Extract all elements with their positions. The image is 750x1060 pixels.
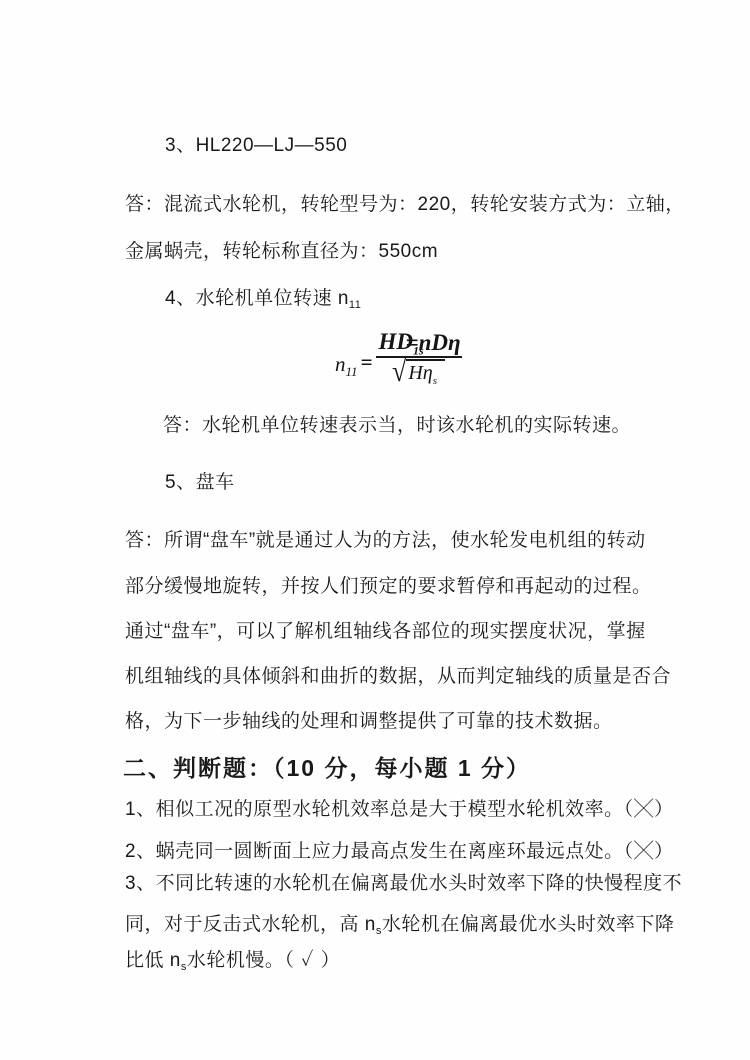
q4-answer: 答：水轮机单位转速表示当，时该水轮机的实际转速。 bbox=[163, 415, 631, 438]
tf-item-1: 1、相似工况的原型水轮机效率总是大于模型水轮机效率。（╳） bbox=[125, 799, 674, 822]
formula-fraction: HD1s =nDη √ Hηs bbox=[376, 329, 462, 385]
formula-numerator-overlap: =nDη bbox=[406, 330, 461, 356]
tf-item-1-mark: （╳） bbox=[624, 799, 675, 820]
tf-item-1-text: 1、相似工况的原型水轮机效率总是大于模型水轮机效率。 bbox=[125, 799, 624, 820]
formula-lhs-subscript: 11 bbox=[346, 364, 358, 379]
q3-answer-line-2: 金属蜗壳，转轮标称直径为：550cm bbox=[125, 241, 438, 264]
tf-item-3-line-2: 同，对于反击式水轮机，高 ns水轮机在偏离最优水头时效率下降 bbox=[125, 914, 674, 937]
unit-speed-formula: n11 = HD1s =nDη √ Hηs bbox=[335, 329, 462, 385]
q3-answer-line-1: 答：混流式水轮机，转轮型号为：220，转轮安装方式为：立轴， bbox=[125, 194, 685, 217]
formula-equals: = bbox=[358, 350, 376, 385]
tf-item-2-mark: （╳） bbox=[624, 841, 675, 862]
q4-heading: 4、水轮机单位转速 n11 bbox=[165, 288, 361, 311]
formula-lhs-n: n bbox=[335, 352, 346, 376]
tf-item-2: 2、蜗壳同一圆断面上应力最高点发生在离座环最远点处。（╳） bbox=[125, 841, 674, 864]
tf-item-3-mark: （ ✓ ） bbox=[284, 950, 340, 971]
tf-item-3-line-2-pre: 同，对于反击式水轮机，高 n bbox=[125, 914, 376, 935]
formula-den-h-eta: Hη bbox=[408, 362, 432, 384]
tf-item-2-text: 2、蜗壳同一圆断面上应力最高点发生在离座环最远点处。 bbox=[125, 841, 624, 862]
q5-answer-line-2: 部分缓慢地旋转，并按人们预定的要求暂停和再起动的过程。 bbox=[125, 576, 652, 599]
tf-item-3-line-3-pre: 比低 n bbox=[125, 950, 181, 971]
q5-answer-line-1: 答：所谓“盘车”就是通过人为的方法，使水轮发电机组的转动 bbox=[125, 530, 646, 553]
q4-heading-text: 4、水轮机单位转速 n bbox=[165, 288, 349, 309]
tf-item-3-line-2-post: 水轮机在偏离最优水头时效率下降 bbox=[382, 914, 675, 935]
tf-item-3-line-1: 3、不同比转速的水轮机在偏离最优水头时效率下降的快慢程度不 bbox=[125, 873, 682, 896]
q5-answer-line-4: 机组轴线的具体倾斜和曲折的数据，从而判定轴线的质量是否合 bbox=[125, 666, 671, 689]
q5-answer-line-5: 格，为下一步轴线的处理和调整提供了可靠的技术数据。 bbox=[125, 711, 613, 734]
formula-numerator: HD1s =nDη bbox=[376, 329, 462, 358]
tf-item-3-line-3-post: 水轮机慢。 bbox=[187, 950, 285, 971]
q3-heading: 3、HL220—LJ—550 bbox=[165, 135, 347, 158]
q5-answer-line-3: 通过“盘车”，可以了解机组轴线各部位的现实摆度状况，掌握 bbox=[125, 621, 646, 644]
section2-heading: 二、判断题：（10 分，每小题 1 分） bbox=[123, 755, 531, 783]
tf-item-3-line-3: 比低 ns水轮机慢。（ ✓ ） bbox=[125, 950, 341, 973]
q4-heading-subscript: 11 bbox=[349, 299, 361, 311]
q5-heading: 5、盘车 bbox=[165, 472, 235, 495]
formula-lhs: n11 bbox=[335, 352, 358, 385]
document-page: 3、HL220—LJ—550 答：混流式水轮机，转轮型号为：220，转轮安装方式… bbox=[0, 0, 750, 1060]
formula-denominator: √ Hηs bbox=[392, 358, 445, 385]
formula-den-subscript: s bbox=[433, 375, 437, 387]
radical-sign: √ bbox=[392, 357, 406, 387]
formula-denominator-body: Hηs bbox=[406, 359, 445, 385]
